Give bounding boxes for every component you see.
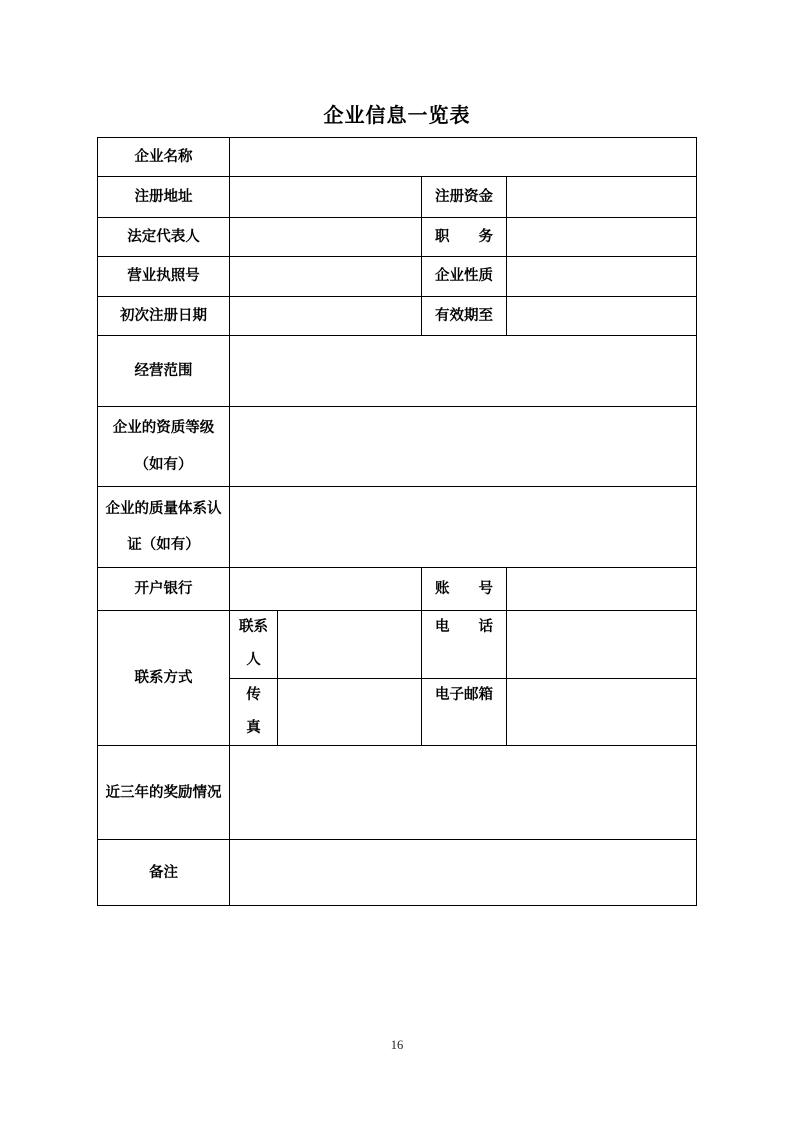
table-row: 法定代表人 职 务 <box>98 218 697 257</box>
enterprise-info-table: 企业名称 注册地址 注册资金 法定代表人 职 务 营业执照号 企业性质 <box>97 137 697 906</box>
field-account-no[interactable] <box>507 568 697 611</box>
field-first-registration-date[interactable] <box>230 297 422 336</box>
label-remarks: 备注 <box>98 840 230 906</box>
field-remarks[interactable] <box>230 840 697 906</box>
table-row: 企业名称 <box>98 138 697 177</box>
label-email: 电子邮箱 <box>422 678 507 746</box>
label-contact-person: 联系 人 <box>230 611 278 679</box>
table-row: 注册地址 注册资金 <box>98 177 697 218</box>
field-company-nature[interactable] <box>507 257 697 297</box>
table-row: 近三年的奖励情况 <box>98 746 697 840</box>
field-phone[interactable] <box>507 611 697 679</box>
table-row: 联系方式 联系 人 电 话 <box>98 611 697 679</box>
label-registered-address: 注册地址 <box>98 177 230 218</box>
label-registered-capital: 注册资金 <box>422 177 507 218</box>
label-position: 职 务 <box>422 218 507 257</box>
field-awards[interactable] <box>230 746 697 840</box>
field-registered-address[interactable] <box>230 177 422 218</box>
label-company-nature: 企业性质 <box>422 257 507 297</box>
label-phone: 电 话 <box>422 611 507 679</box>
label-contact-method: 联系方式 <box>98 611 230 746</box>
label-business-license-no: 营业执照号 <box>98 257 230 297</box>
field-qualification-level[interactable] <box>230 407 697 487</box>
label-quality-certification: 企业的质量体系认 证（如有） <box>98 487 230 568</box>
table-row: 营业执照号 企业性质 <box>98 257 697 297</box>
field-company-name[interactable] <box>230 138 697 177</box>
field-quality-certification[interactable] <box>230 487 697 568</box>
field-legal-representative[interactable] <box>230 218 422 257</box>
table-row: 企业的质量体系认 证（如有） <box>98 487 697 568</box>
field-bank[interactable] <box>230 568 422 611</box>
field-valid-until[interactable] <box>507 297 697 336</box>
label-legal-representative: 法定代表人 <box>98 218 230 257</box>
label-fax: 传 真 <box>230 678 278 746</box>
label-first-registration-date: 初次注册日期 <box>98 297 230 336</box>
table-row: 备注 <box>98 840 697 906</box>
field-email[interactable] <box>507 678 697 746</box>
field-fax[interactable] <box>278 678 422 746</box>
page-title: 企业信息一览表 <box>0 99 794 128</box>
table-row: 初次注册日期 有效期至 <box>98 297 697 336</box>
table-row: 经营范围 <box>98 336 697 407</box>
field-business-scope[interactable] <box>230 336 697 407</box>
page-number: 16 <box>0 1038 794 1053</box>
field-registered-capital[interactable] <box>507 177 697 218</box>
field-business-license-no[interactable] <box>230 257 422 297</box>
label-valid-until: 有效期至 <box>422 297 507 336</box>
label-bank: 开户银行 <box>98 568 230 611</box>
table-row: 开户银行 账 号 <box>98 568 697 611</box>
document-page: 企业信息一览表 企业名称 注册地址 注册资金 法定代表人 职 务 <box>0 0 794 1123</box>
field-contact-person[interactable] <box>278 611 422 679</box>
label-awards: 近三年的奖励情况 <box>98 746 230 840</box>
label-business-scope: 经营范围 <box>98 336 230 407</box>
label-company-name: 企业名称 <box>98 138 230 177</box>
table-row: 企业的资质等级 （如有） <box>98 407 697 487</box>
field-position[interactable] <box>507 218 697 257</box>
label-qualification-level: 企业的资质等级 （如有） <box>98 407 230 487</box>
label-account-no: 账 号 <box>422 568 507 611</box>
